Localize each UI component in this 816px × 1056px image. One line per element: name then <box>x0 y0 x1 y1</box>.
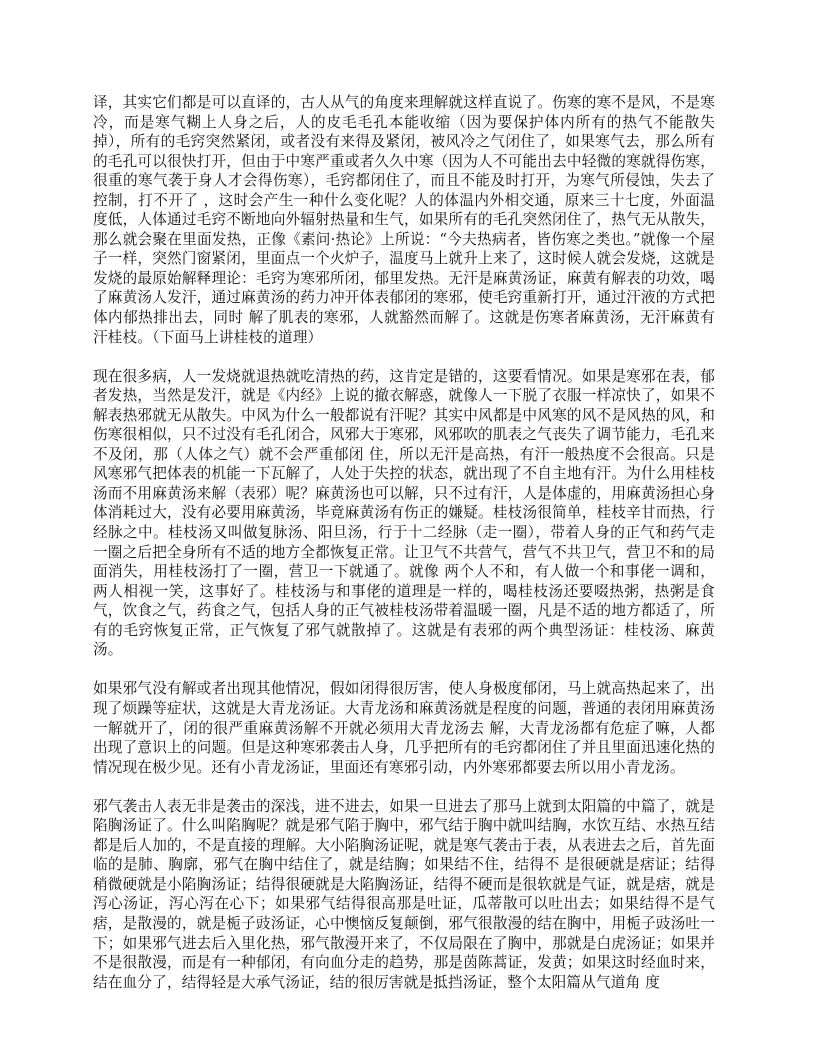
paragraph-3: 如果邪气没有解或者出现其他情况，假如闭得很厉害，使人身极度郁闭，马上就高热起来了… <box>93 679 715 777</box>
paragraph-2: 现在很多病，人一发烧就退热就吃清热的药，这肯定是错的，这要看情况。如果是寒邪在表… <box>93 367 715 660</box>
document-page: 译，其实它们都是可以直译的，古人从气的角度来理解就这样直说了。伤寒的寒不是风，不… <box>93 93 715 1012</box>
paragraph-1: 译，其实它们都是可以直译的，古人从气的角度来理解就这样直说了。伤寒的寒不是风，不… <box>93 93 715 347</box>
paragraph-4: 邪气袭击人表无非是袭击的深浅，进不进去，如果一旦进去了那马上就到太阳篇的中篇了，… <box>93 797 715 992</box>
